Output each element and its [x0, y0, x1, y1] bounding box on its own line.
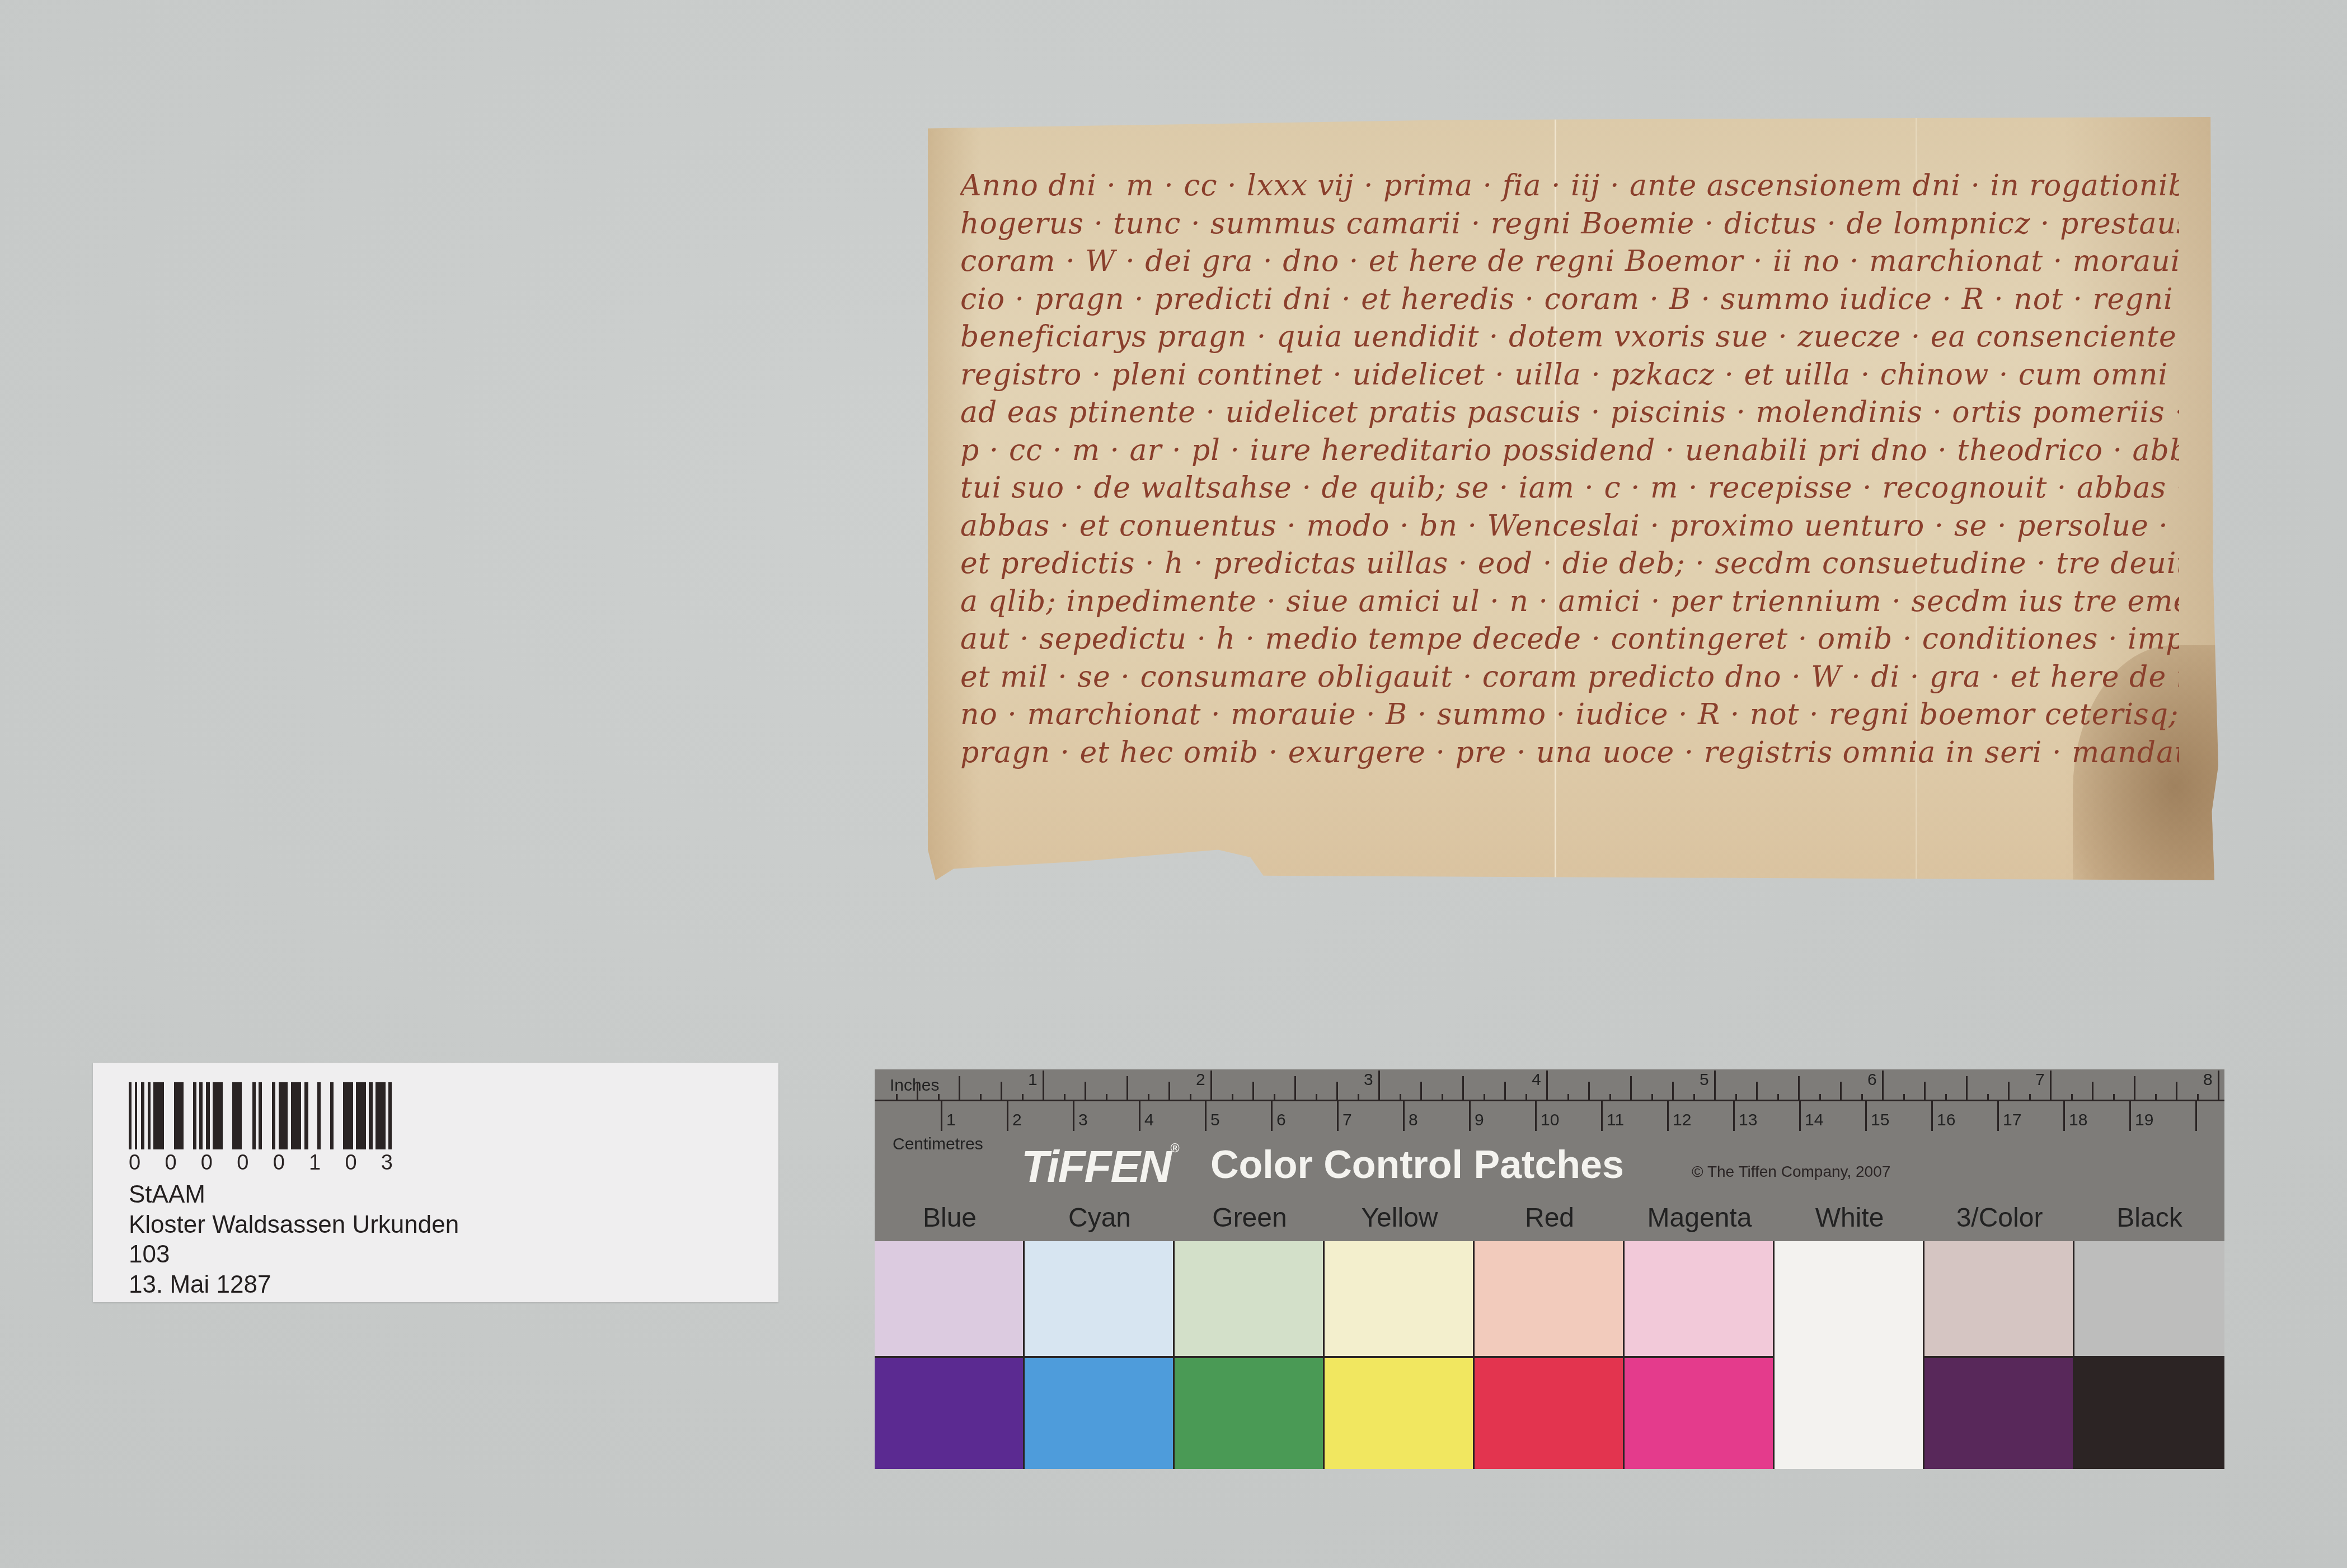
cm-tick [1799, 1100, 1801, 1131]
dark-patch [875, 1358, 1023, 1469]
manuscript-line: Anno dni · m · cc · lxxx vij · prima · f… [960, 167, 2179, 205]
inch-tick-label: 2 [1196, 1071, 1205, 1090]
color-patches [875, 1241, 2224, 1469]
barcode-digit: 0 [201, 1151, 213, 1175]
barcode-digit: 0 [273, 1151, 285, 1175]
manuscript-line: ad eas ptinente · uidelicet pratis pascu… [960, 394, 2179, 432]
barcode-bar [199, 1082, 203, 1149]
patch-column-yellow [1325, 1241, 1475, 1469]
inch-tick [2218, 1071, 2219, 1100]
inch-tick [1064, 1094, 1065, 1100]
patch-column-red [1475, 1241, 1625, 1469]
barcode-bar [317, 1082, 321, 1149]
manuscript-line: hogerus · tunc · summus camarii · regni … [960, 205, 2179, 243]
inch-tick [1294, 1076, 1296, 1100]
light-patch [875, 1241, 1023, 1358]
barcode-bar [232, 1082, 242, 1149]
inch-tick [1840, 1082, 1842, 1100]
inch-tick [1484, 1094, 1485, 1100]
cm-tick-label: 9 [1475, 1111, 1484, 1130]
inch-tick [2029, 1094, 2031, 1100]
cm-tick-label: 15 [1871, 1111, 1889, 1130]
barcode-bar [129, 1082, 132, 1149]
light-patch [1775, 1241, 1923, 1469]
inch-tick [1966, 1076, 1968, 1100]
manuscript-line: et predictis · h · predictas uillas · eo… [960, 545, 2179, 583]
brand-name: TiFFEN [1021, 1142, 1171, 1191]
inch-tick [1400, 1094, 1401, 1100]
barcode-bar [141, 1082, 144, 1149]
light-patch [1625, 1241, 1773, 1358]
inch-tick [959, 1076, 960, 1100]
inch-tick [1735, 1094, 1737, 1100]
inch-tick [1126, 1076, 1128, 1100]
cm-tick [1535, 1100, 1537, 1131]
parchment-charter: Anno dni · m · cc · lxxx vij · prima · f… [928, 117, 2218, 880]
inch-tick [1420, 1082, 1422, 1100]
inch-tick [1714, 1071, 1716, 1100]
manuscript-line: pragn · et hec omib · exurgere · pre · u… [960, 734, 2179, 772]
barcode-digit: 0 [165, 1151, 176, 1175]
cm-tick-label: 1 [946, 1111, 956, 1130]
inch-tick [1777, 1094, 1779, 1100]
cm-tick-label: 18 [2069, 1111, 2087, 1130]
manuscript-line: coram · W · dei gra · dno · et here de r… [960, 243, 2179, 281]
cm-tick [1865, 1100, 1867, 1131]
cm-tick-label: 13 [1739, 1111, 1757, 1130]
barcode-bar [174, 1082, 184, 1149]
barcode-bar [304, 1082, 308, 1149]
manuscript-line: abbas · et conuentus · modo · bn · Wence… [960, 508, 2179, 546]
ruler-line [875, 1100, 2224, 1101]
cm-tick-label: 8 [1409, 1111, 1418, 1130]
patch-column-blue [875, 1241, 1025, 1469]
inch-tick [2134, 1076, 2135, 1100]
archive-name: StAAM [129, 1181, 205, 1209]
dark-patch [1175, 1358, 1323, 1469]
inches-label: Inches [890, 1076, 939, 1095]
inch-tick-label: 8 [2203, 1071, 2213, 1090]
cm-tick-label: 14 [1805, 1111, 1823, 1130]
manuscript-line: beneficiarys pragn · quia uendidit · dot… [960, 318, 2179, 356]
cm-tick [1601, 1100, 1603, 1131]
inch-tick [1630, 1076, 1632, 1100]
dark-patch [1924, 1358, 2073, 1469]
barcode-digit: 1 [309, 1151, 321, 1175]
manuscript-line: p · cc · m · ar · pl · iure hereditario … [960, 432, 2179, 470]
manuscript-line: no · marchionat · morauie · B · summo · … [960, 696, 2179, 734]
dark-patch [2074, 1358, 2224, 1469]
barcode-bar [291, 1082, 301, 1149]
document-date: 13. Mai 1287 [129, 1271, 271, 1299]
barcode-bar [206, 1082, 210, 1149]
inch-tick [1882, 1071, 1884, 1100]
cm-tick-label: 16 [1937, 1111, 1955, 1130]
cm-tick [1073, 1100, 1074, 1131]
inch-tick [1316, 1094, 1317, 1100]
cm-tick-label: 6 [1276, 1111, 1286, 1130]
patch-column-black [2074, 1241, 2224, 1469]
patch-column-magenta [1625, 1241, 1775, 1469]
inch-tick [2008, 1082, 2010, 1100]
inch-tick [1945, 1094, 1947, 1100]
dark-patch [1475, 1358, 1623, 1469]
inch-tick-label: 4 [1532, 1071, 1541, 1090]
inch-tick [1819, 1094, 1821, 1100]
manuscript-line: cio · pragn · predicti dni · et heredis … [960, 281, 2179, 319]
light-patch [1475, 1241, 1623, 1358]
inch-tick [1462, 1076, 1464, 1100]
inch-tick [1442, 1094, 1443, 1100]
patch-label: Cyan [1025, 1203, 1175, 1233]
cm-tick-label: 4 [1144, 1111, 1154, 1130]
inch-tick [1168, 1082, 1170, 1100]
cm-tick-label: 17 [2003, 1111, 2021, 1130]
registered-mark: ® [1171, 1141, 1179, 1155]
inch-tick-label: 5 [1700, 1071, 1709, 1090]
patch-label: Black [2074, 1203, 2224, 1233]
cm-tick [941, 1100, 942, 1131]
inch-tick [2071, 1094, 2073, 1100]
chart-header: Inches 123456781234567891011121314151617… [875, 1069, 2224, 1241]
light-patch [1325, 1241, 1473, 1358]
barcode-bar [259, 1082, 262, 1149]
patch-label: Blue [875, 1203, 1025, 1233]
patch-label: 3/Color [1924, 1203, 2074, 1233]
inch-tick [938, 1094, 940, 1100]
cm-tick [2063, 1100, 2065, 1131]
patch-column-white [1775, 1241, 1924, 1469]
archive-label: 00000103 StAAM Kloster Waldsassen Urkund… [93, 1063, 778, 1302]
barcode-digit: 0 [129, 1151, 140, 1175]
inch-tick [1336, 1082, 1338, 1100]
dark-patch [1625, 1358, 1773, 1469]
manuscript-line: registro · pleni continet · uidelicet · … [960, 356, 2179, 395]
inch-tick [1903, 1094, 1905, 1100]
copyright-text: © The Tiffen Company, 2007 [1692, 1163, 1890, 1181]
inch-tick [1001, 1082, 1002, 1100]
manuscript-text: Anno dni · m · cc · lxxx vij · prima · f… [960, 167, 2179, 772]
inch-tick-label: 6 [1867, 1071, 1877, 1090]
cm-tick [1205, 1100, 1207, 1131]
barcode-digit: 3 [381, 1151, 393, 1175]
barcode-bar [330, 1082, 334, 1149]
inch-tick [1274, 1094, 1275, 1100]
inch-tick [896, 1094, 898, 1100]
cm-tick-label: 12 [1673, 1111, 1691, 1130]
inch-tick [1378, 1071, 1380, 1100]
patch-label: Yellow [1325, 1203, 1475, 1233]
cm-tick [1931, 1100, 1933, 1131]
barcode [129, 1082, 393, 1149]
barcode-bar [388, 1082, 392, 1149]
inch-tick [2113, 1094, 2115, 1100]
barcode-bar [252, 1082, 256, 1149]
cm-tick-label: 10 [1541, 1111, 1559, 1130]
barcode-digit: 0 [345, 1151, 356, 1175]
barcode-bar [375, 1082, 386, 1149]
patch-label: Red [1475, 1203, 1625, 1233]
barcode-bar [272, 1082, 275, 1149]
manuscript-line: tui suo · de waltsahse · de quib; se · i… [960, 470, 2179, 508]
barcode-bar [193, 1082, 196, 1149]
light-patch [2074, 1241, 2224, 1358]
color-control-chart: Inches 123456781234567891011121314151617… [875, 1069, 2224, 1469]
cm-tick [1403, 1100, 1405, 1131]
inch-tick [1651, 1094, 1653, 1100]
cm-tick [1337, 1100, 1339, 1131]
inch-tick-label: 1 [1028, 1071, 1038, 1090]
barcode-bar [279, 1082, 288, 1149]
inch-tick [1987, 1094, 1989, 1100]
inch-tick [1525, 1094, 1527, 1100]
inch-tick [1588, 1082, 1590, 1100]
inch-tick [2050, 1071, 2052, 1100]
cm-tick [1997, 1100, 1999, 1131]
cm-tick [1733, 1100, 1735, 1131]
inch-tick [1798, 1076, 1800, 1100]
cm-tick [2195, 1100, 2197, 1131]
patch-column-green [1175, 1241, 1325, 1469]
barcode-bar [213, 1082, 223, 1149]
patch-label: Magenta [1625, 1203, 1775, 1233]
chart-title: Color Control Patches [1210, 1142, 1624, 1187]
patch-labels: BlueCyanGreenYellowRedMagentaWhite3/Colo… [875, 1203, 2224, 1233]
inch-tick-label: 7 [2035, 1071, 2045, 1090]
cm-tick [1469, 1100, 1471, 1131]
inch-tick [1672, 1082, 1674, 1100]
light-patch [1175, 1241, 1323, 1358]
collection-name: Kloster Waldsassen Urkunden [129, 1211, 459, 1239]
cm-tick-label: 3 [1078, 1111, 1088, 1130]
patch-label: White [1775, 1203, 1924, 1233]
inch-tick [1567, 1094, 1569, 1100]
cm-tick-label: 2 [1012, 1111, 1022, 1130]
barcode-bar [148, 1082, 151, 1149]
inch-tick [917, 1082, 918, 1100]
cm-tick-label: 11 [1607, 1111, 1624, 1130]
cm-tick [1139, 1100, 1140, 1131]
inch-tick-label: 3 [1364, 1071, 1373, 1090]
inch-tick [1358, 1094, 1359, 1100]
inch-tick [1924, 1082, 1926, 1100]
inch-tick [1043, 1071, 1044, 1100]
light-patch [1924, 1241, 2073, 1358]
cm-tick [1007, 1100, 1008, 1131]
patch-column-cyan [1025, 1241, 1175, 1469]
barcode-bar [356, 1082, 366, 1149]
inch-tick [1106, 1094, 1107, 1100]
patch-column-3-color [1924, 1241, 2074, 1469]
inch-tick [2155, 1094, 2157, 1100]
cm-tick-label: 7 [1343, 1111, 1352, 1130]
barcode-bar [135, 1082, 138, 1149]
centimetres-label: Centimetres [893, 1135, 983, 1154]
patch-label: Green [1175, 1203, 1325, 1233]
inch-tick [1546, 1071, 1548, 1100]
cm-tick-label: 5 [1210, 1111, 1220, 1130]
inch-tick [1085, 1082, 1086, 1100]
inch-tick [2176, 1082, 2177, 1100]
inch-tick [1756, 1082, 1758, 1100]
inch-tick [1693, 1094, 1695, 1100]
barcode-bar [153, 1082, 164, 1149]
manuscript-line: a qlib; inpedimente · siue amici ul · n … [960, 583, 2179, 621]
document-number: 103 [129, 1241, 170, 1269]
dark-patch [1025, 1358, 1173, 1469]
light-patch [1025, 1241, 1173, 1358]
inch-tick [980, 1094, 982, 1100]
cm-tick-label: 19 [2135, 1111, 2153, 1130]
barcode-bar [343, 1082, 354, 1149]
inch-tick [1861, 1094, 1863, 1100]
cm-tick [1667, 1100, 1669, 1131]
inch-tick [1252, 1082, 1254, 1100]
inch-tick [2092, 1082, 2093, 1100]
inch-tick [2197, 1094, 2199, 1100]
cm-tick [1271, 1100, 1273, 1131]
tiffen-logo: TiFFEN® [1021, 1141, 1179, 1193]
inch-tick [1022, 1094, 1024, 1100]
inch-tick [1232, 1094, 1233, 1100]
inch-tick [1210, 1071, 1212, 1100]
inch-tick [1609, 1094, 1611, 1100]
manuscript-line: aut · sepedictu · h · medio tempe decede… [960, 621, 2179, 659]
inch-tick [1148, 1094, 1149, 1100]
dark-patch [1325, 1358, 1473, 1469]
barcode-digit: 0 [237, 1151, 248, 1175]
barcode-bar [369, 1082, 373, 1149]
barcode-digits: 00000103 [129, 1151, 393, 1175]
manuscript-line: et mil · se · consumare obligauit · cora… [960, 659, 2179, 697]
inch-tick [1504, 1082, 1506, 1100]
cm-tick [2129, 1100, 2131, 1131]
inch-tick [1190, 1094, 1191, 1100]
